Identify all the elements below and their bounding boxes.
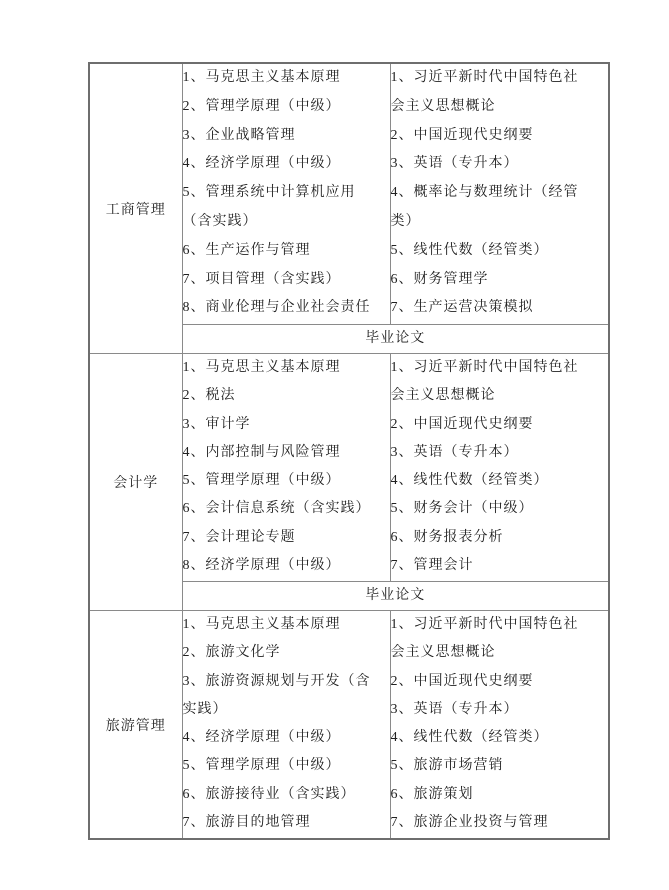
course-item: 5、旅游市场营销 — [391, 752, 609, 780]
course-item: 1、马克思主义基本原理 — [183, 64, 390, 93]
course-list-right: 1、习近平新时代中国特色社 会主义思想概论 2、中国近现代史纲要 3、英语（专升… — [390, 63, 609, 325]
course-item: 1、习近平新时代中国特色社 会主义思想概论 — [391, 64, 609, 122]
course-item: 2、中国近现代史纲要 — [391, 122, 609, 151]
course-item: 6、旅游策划 — [391, 781, 609, 809]
course-item: 8、商业伦理与企业社会责任 — [183, 294, 390, 323]
course-item: 6、财务管理学 — [391, 266, 609, 295]
course-item: 4、内部控制与风险管理 — [183, 439, 390, 467]
program-name-business-administration: 工商管理 — [89, 63, 182, 354]
program-name-tourism-management: 旅游管理 — [89, 611, 182, 840]
course-item: 7、旅游目的地管理 — [183, 809, 390, 837]
course-item: 7、会计理论专题 — [183, 524, 390, 552]
course-list-left: 1、马克思主义基本原理 2、税法 3、审计学 4、内部控制与风险管理 5、管理学… — [182, 354, 390, 582]
course-item: 5、管理学原理（中级） — [183, 467, 390, 495]
course-item: 7、旅游企业投资与管理 — [391, 809, 609, 837]
course-list-left: 1、马克思主义基本原理 2、管理学原理（中级） 3、企业战略管理 4、经济学原理… — [182, 63, 390, 325]
course-list-right: 1、习近平新时代中国特色社 会主义思想概论 2、中国近现代史纲要 3、英语（专升… — [390, 354, 609, 582]
course-item: 1、马克思主义基本原理 — [183, 354, 390, 382]
course-item: 4、线性代数（经管类） — [391, 467, 609, 495]
course-item: 5、管理系统中计算机应用 （含实践） — [183, 179, 390, 237]
graduation-thesis-cell: 毕业论文 — [182, 325, 609, 354]
course-item: 4、经济学原理（中级） — [183, 724, 390, 752]
table-row: 会计学 1、马克思主义基本原理 2、税法 3、审计学 4、内部控制与风险管理 5… — [89, 354, 609, 582]
table-row: 旅游管理 1、马克思主义基本原理 2、旅游文化学 3、旅游资源规划与开发（含 实… — [89, 611, 609, 840]
document-page: 工商管理 1、马克思主义基本原理 2、管理学原理（中级） 3、企业战略管理 4、… — [0, 0, 669, 890]
course-item: 3、英语（专升本） — [391, 150, 609, 179]
table-row: 工商管理 1、马克思主义基本原理 2、管理学原理（中级） 3、企业战略管理 4、… — [89, 63, 609, 325]
course-item: 7、项目管理（含实践） — [183, 266, 390, 295]
course-list-left: 1、马克思主义基本原理 2、旅游文化学 3、旅游资源规划与开发（含 实践） 4、… — [182, 611, 390, 840]
course-item: 3、审计学 — [183, 411, 390, 439]
course-item: 1、习近平新时代中国特色社 会主义思想概论 — [391, 611, 609, 668]
course-item: 5、管理学原理（中级） — [183, 752, 390, 780]
course-item: 7、管理会计 — [391, 552, 609, 580]
course-item: 5、线性代数（经管类） — [391, 237, 609, 266]
course-item: 4、经济学原理（中级） — [183, 150, 390, 179]
program-name-accounting: 会计学 — [89, 354, 182, 611]
course-item: 3、英语（专升本） — [391, 439, 609, 467]
course-item: 3、旅游资源规划与开发（含 实践） — [183, 668, 390, 725]
course-item: 4、概率论与数理统计（经管 类） — [391, 179, 609, 237]
course-item: 3、企业战略管理 — [183, 122, 390, 151]
course-item: 1、习近平新时代中国特色社 会主义思想概论 — [391, 354, 609, 411]
course-item: 2、中国近现代史纲要 — [391, 411, 609, 439]
course-item: 7、生产运营决策模拟 — [391, 294, 609, 323]
course-item: 5、财务会计（中级） — [391, 495, 609, 523]
course-item: 2、税法 — [183, 382, 390, 410]
course-item: 3、英语（专升本） — [391, 696, 609, 724]
course-item: 8、经济学原理（中级） — [183, 552, 390, 580]
graduation-thesis-cell: 毕业论文 — [182, 582, 609, 611]
course-item: 6、生产运作与管理 — [183, 237, 390, 266]
course-item: 4、线性代数（经管类） — [391, 724, 609, 752]
course-plan-table: 工商管理 1、马克思主义基本原理 2、管理学原理（中级） 3、企业战略管理 4、… — [88, 62, 610, 840]
course-item: 2、中国近现代史纲要 — [391, 668, 609, 696]
course-item: 6、会计信息系统（含实践） — [183, 495, 390, 523]
course-item: 1、马克思主义基本原理 — [183, 611, 390, 639]
course-item: 6、旅游接待业（含实践） — [183, 781, 390, 809]
course-list-right: 1、习近平新时代中国特色社 会主义思想概论 2、中国近现代史纲要 3、英语（专升… — [390, 611, 609, 840]
course-item: 2、管理学原理（中级） — [183, 93, 390, 122]
course-item: 6、财务报表分析 — [391, 524, 609, 552]
course-item: 2、旅游文化学 — [183, 639, 390, 667]
